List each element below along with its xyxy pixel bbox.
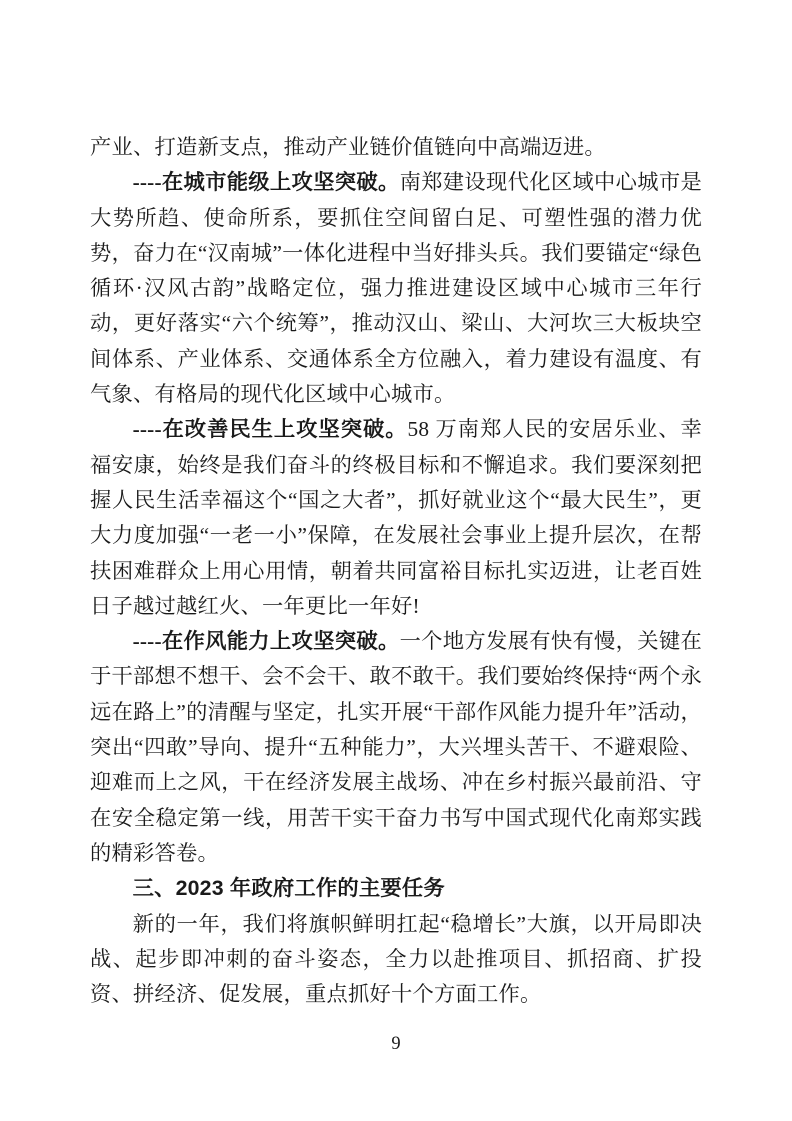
paragraph-workstyle-body: 一个地方发展有快有慢，关键在于干部想不想干、会不会干、敢不敢干。我们要始终保持“…: [90, 629, 702, 865]
paragraph-livelihood-lead: ----在改善民生上攻坚突破。: [133, 417, 408, 441]
paragraph-city-level-body: 南郑建设现代化区域中心城市是大势所趋、使命所系，要抓住空间留白足、可塑性强的潜力…: [90, 170, 702, 406]
paragraph-workstyle-breakthrough: ----在作风能力上攻坚突破。一个地方发展有快有慢，关键在于干部想不想干、会不会…: [90, 624, 702, 871]
document-page: 产业、打造新支点，推动产业链价值链向中高端迈进。 ----在城市能级上攻坚突破。…: [0, 0, 792, 1121]
document-body: 产业、打造新支点，推动产业链价值链向中高端迈进。 ----在城市能级上攻坚突破。…: [90, 130, 702, 1012]
paragraph-workstyle-lead: ----在作风能力上攻坚突破。: [133, 629, 400, 653]
paragraph-closing: 新的一年，我们将旗帜鲜明扛起“稳增长”大旗，以开局即决战、起步即冲刺的奋斗姿态，…: [90, 907, 702, 1013]
page-number: 9: [0, 1032, 792, 1056]
paragraph-city-level-lead: ----在城市能级上攻坚突破。: [133, 170, 400, 194]
section-heading-main-tasks: 三、2023 年政府工作的主要任务: [90, 871, 702, 906]
paragraph-livelihood-body: 58 万南郑人民的安居乐业、幸福安康，始终是我们奋斗的终极目标和不懈追求。我们要…: [90, 417, 702, 617]
paragraph-continuation: 产业、打造新支点，推动产业链价值链向中高端迈进。: [90, 130, 702, 165]
paragraph-city-level-breakthrough: ----在城市能级上攻坚突破。南郑建设现代化区域中心城市是大势所趋、使命所系，要…: [90, 165, 702, 412]
paragraph-livelihood-breakthrough: ----在改善民生上攻坚突破。58 万南郑人民的安居乐业、幸福安康，始终是我们奋…: [90, 412, 702, 624]
